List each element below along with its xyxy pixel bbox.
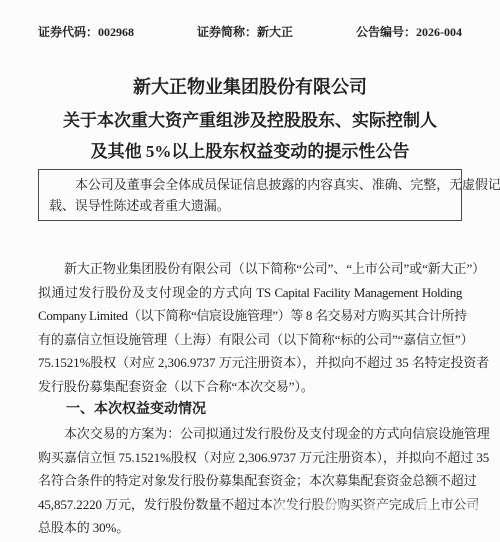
company-name-title: 新大正物业集团股份有限公司 (38, 76, 462, 98)
announcement-title-line2: 及其他 5%以上股东权益变动的提示性公告 (38, 141, 462, 163)
transaction-line-4: 45,857.2220 万元，发行股份数量不超过本次发行股份购买资产完成后上市公… (38, 493, 462, 517)
stock-code: 证券代码：002968 (38, 24, 134, 40)
transaction-line-2: 购买嘉信立恒 75.1521%股权（对应 2,306.9737 万元注册资本），… (38, 446, 462, 470)
intro-line-1: 新大正物业集团股份有限公司（以下简称“公司”、“上市公司”或“新大正”） (38, 257, 462, 281)
intro-line-3: Company Limited（以下简称“信宸设施管理”）等 8 名交易对方购买… (38, 304, 462, 328)
stock-short-name: 证券简称：新大正 (197, 24, 293, 40)
intro-line-2: 拟通过发行股份及支付现金的方式向 TS Capital Facility Man… (38, 281, 462, 305)
disclaimer-line-2: 载、误导性陈述或者重大遗漏。 (49, 195, 451, 216)
disclaimer-line-1: 本公司及董事会全体成员保证信息披露的内容真实、准确、完整，无虚假记 (49, 174, 451, 195)
announcement-document: 证券代码：002968 证券简称：新大正 公告编号：2026-004 新大正物业… (0, 0, 500, 542)
intro-line-5: 75.1521%股权（对应 2,306.9737 万元注册资本），并拟向不超过 … (38, 351, 462, 375)
transaction-line-3: 名符合条件的特定对象发行股份募集配套资金；本次募集配套资金总额不超过 (38, 469, 462, 493)
document-header: 证券代码：002968 证券简称：新大正 公告编号：2026-004 (38, 24, 462, 40)
paragraph-transaction: 本次交易的方案为：公司拟通过发行股份及支付现金的方式向信宸设施管理 购买嘉信立恒… (38, 422, 462, 540)
disclaimer-box: 本公司及董事会全体成员保证信息披露的内容真实、准确、完整，无虚假记 载、误导性陈… (38, 169, 462, 221)
intro-line-6: 发行股份募集配套资金（以下合称“本次交易”）。 (38, 375, 462, 399)
paragraph-intro: 新大正物业集团股份有限公司（以下简称“公司”、“上市公司”或“新大正”） 拟通过… (38, 257, 462, 398)
section-heading-equity-change: 一、本次权益变动情况 (38, 400, 462, 420)
transaction-line-1: 本次交易的方案为：公司拟通过发行股份及支付现金的方式向信宸设施管理 (38, 422, 462, 446)
announcement-title-line1: 关于本次重大资产重组涉及控股股东、实际控制人 (38, 110, 462, 132)
transaction-line-5: 总股本的 30%。 (38, 516, 462, 540)
announcement-number: 公告编号：2026-004 (356, 24, 462, 40)
intro-line-4: 有的嘉信立恒设施管理（上海）有限公司（以下简称“标的公司”“嘉信立恒”） (38, 328, 462, 352)
